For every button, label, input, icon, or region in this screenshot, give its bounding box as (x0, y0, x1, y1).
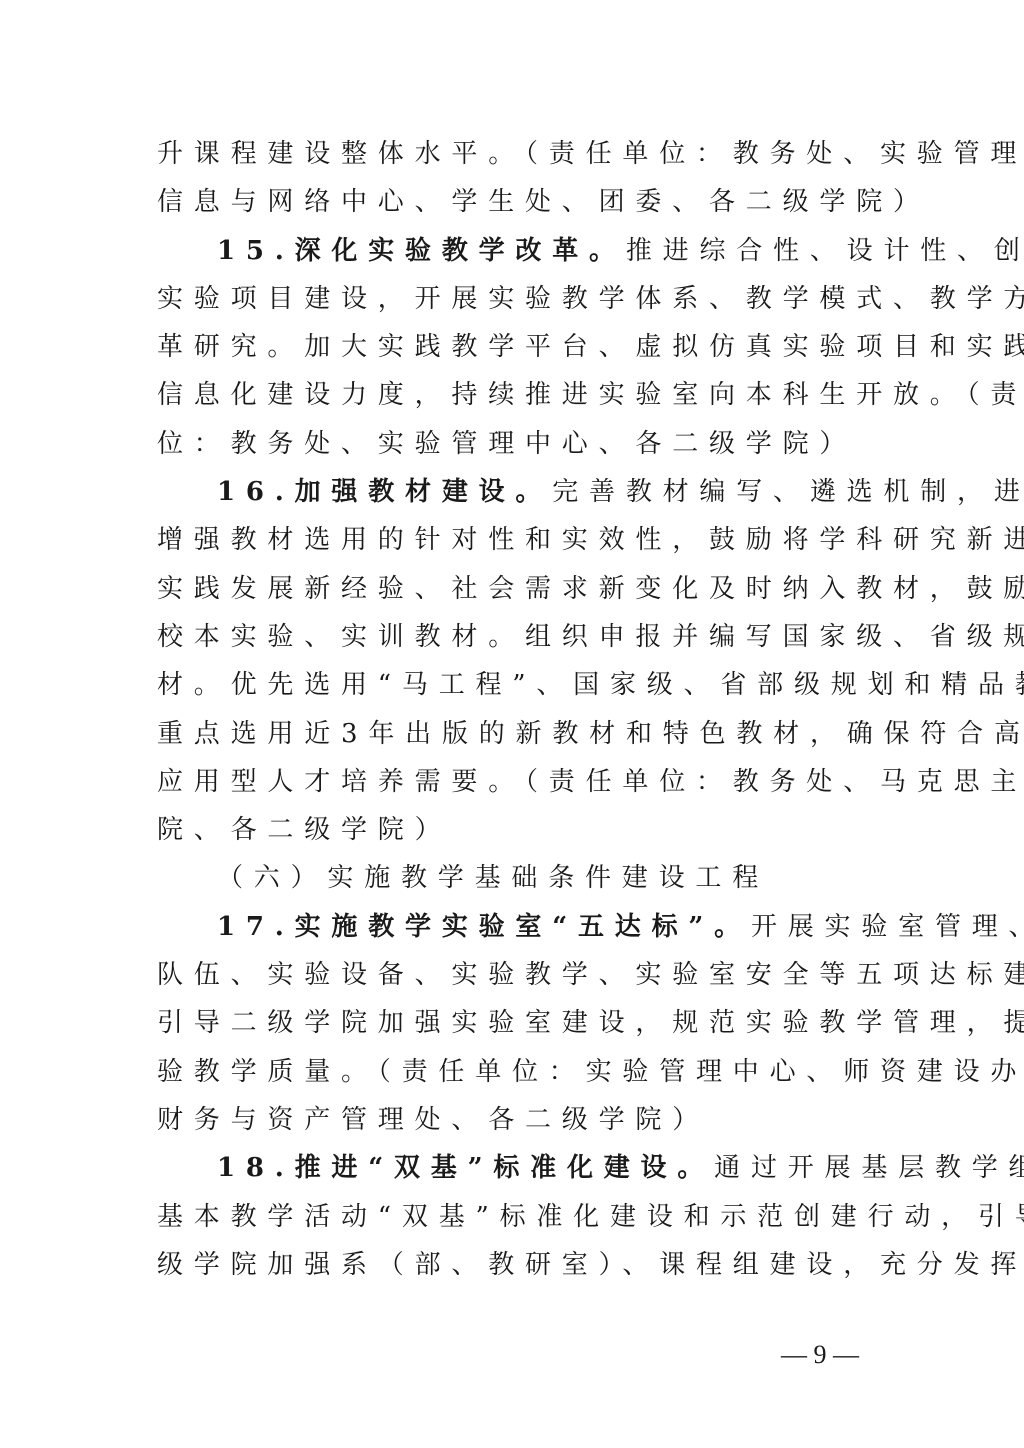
text-line: 实践发展新经验、社会需求新变化及时纳入教材，鼓励开发 (157, 565, 869, 613)
section-title: （六）实施教学基础条件建设工程 (157, 854, 869, 902)
item-18-first-line: 18.推进“双基”标准化建设。通过开展基层教学组织、 (157, 1144, 869, 1192)
item-15-heading: 15.深化实验教学改革。 (217, 236, 626, 266)
item-15-first-line: 15.深化实验教学改革。推进综合性、设计性、创新性 (157, 227, 869, 275)
text-line: 院、各二级学院） (157, 806, 869, 854)
item-16-first-line: 16.加强教材建设。完善教材编写、遴选机制，进一步 (157, 468, 869, 516)
item-17-first-line: 17.实施教学实验室“五达标”。开展实验室管理、实验 (157, 903, 869, 951)
text-line: 基本教学活动“双基”标准化建设和示范创建行动，引导二 (157, 1193, 869, 1241)
text-line: 增强教材选用的针对性和实效性，鼓励将学科研究新进展、 (157, 516, 869, 564)
text-line: 校本实验、实训教材。组织申报并编写国家级、省级规划教 (157, 613, 869, 661)
page-number: — 9 — (770, 1340, 870, 1370)
text-line: 信息与网络中心、学生处、团委、各二级学院） (157, 178, 869, 226)
text-line: 验教学质量。（责任单位：实验管理中心、师资建设办公室、 (157, 1048, 869, 1096)
text-line: 信息化建设力度，持续推进实验室向本科生开放。（责任单 (157, 371, 869, 419)
text-line: 引导二级学院加强实验室建设，规范实验教学管理，提高实 (157, 999, 869, 1047)
text-line: 财务与资产管理处、各二级学院） (157, 1096, 869, 1144)
text-line: 升课程建设整体水平。（责任单位：教务处、实验管理中心、 (157, 130, 869, 178)
text-line: 级学院加强系（部、教研室）、课程组建设，充分发挥基层 (157, 1241, 869, 1289)
item-16-heading: 16.加强教材建设。 (217, 477, 552, 507)
item-18-heading: 18.推进“双基”标准化建设。 (217, 1153, 714, 1183)
item-17-heading: 17.实施教学实验室“五达标”。 (217, 912, 751, 942)
text-line: 材。优先选用“马工程”、国家级、省部级规划和精品教材， (157, 661, 869, 709)
text-line: 位：教务处、实验管理中心、各二级学院） (157, 420, 869, 468)
document-page: 升课程建设整体水平。（责任单位：教务处、实验管理中心、 信息与网络中心、学生处、… (157, 130, 869, 1289)
text-line: 应用型人才培养需要。（责任单位：教务处、马克思主义学 (157, 758, 869, 806)
text-line: 重点选用近3年出版的新教材和特色教材，确保符合高素质 (157, 710, 869, 758)
text-line: 实验项目建设，开展实验教学体系、教学模式、教学方法改 (157, 275, 869, 323)
text-line: 革研究。加大实践教学平台、虚拟仿真实验项目和实践教学 (157, 323, 869, 371)
text-line: 队伍、实验设备、实验教学、实验室安全等五项达标建设， (157, 951, 869, 999)
